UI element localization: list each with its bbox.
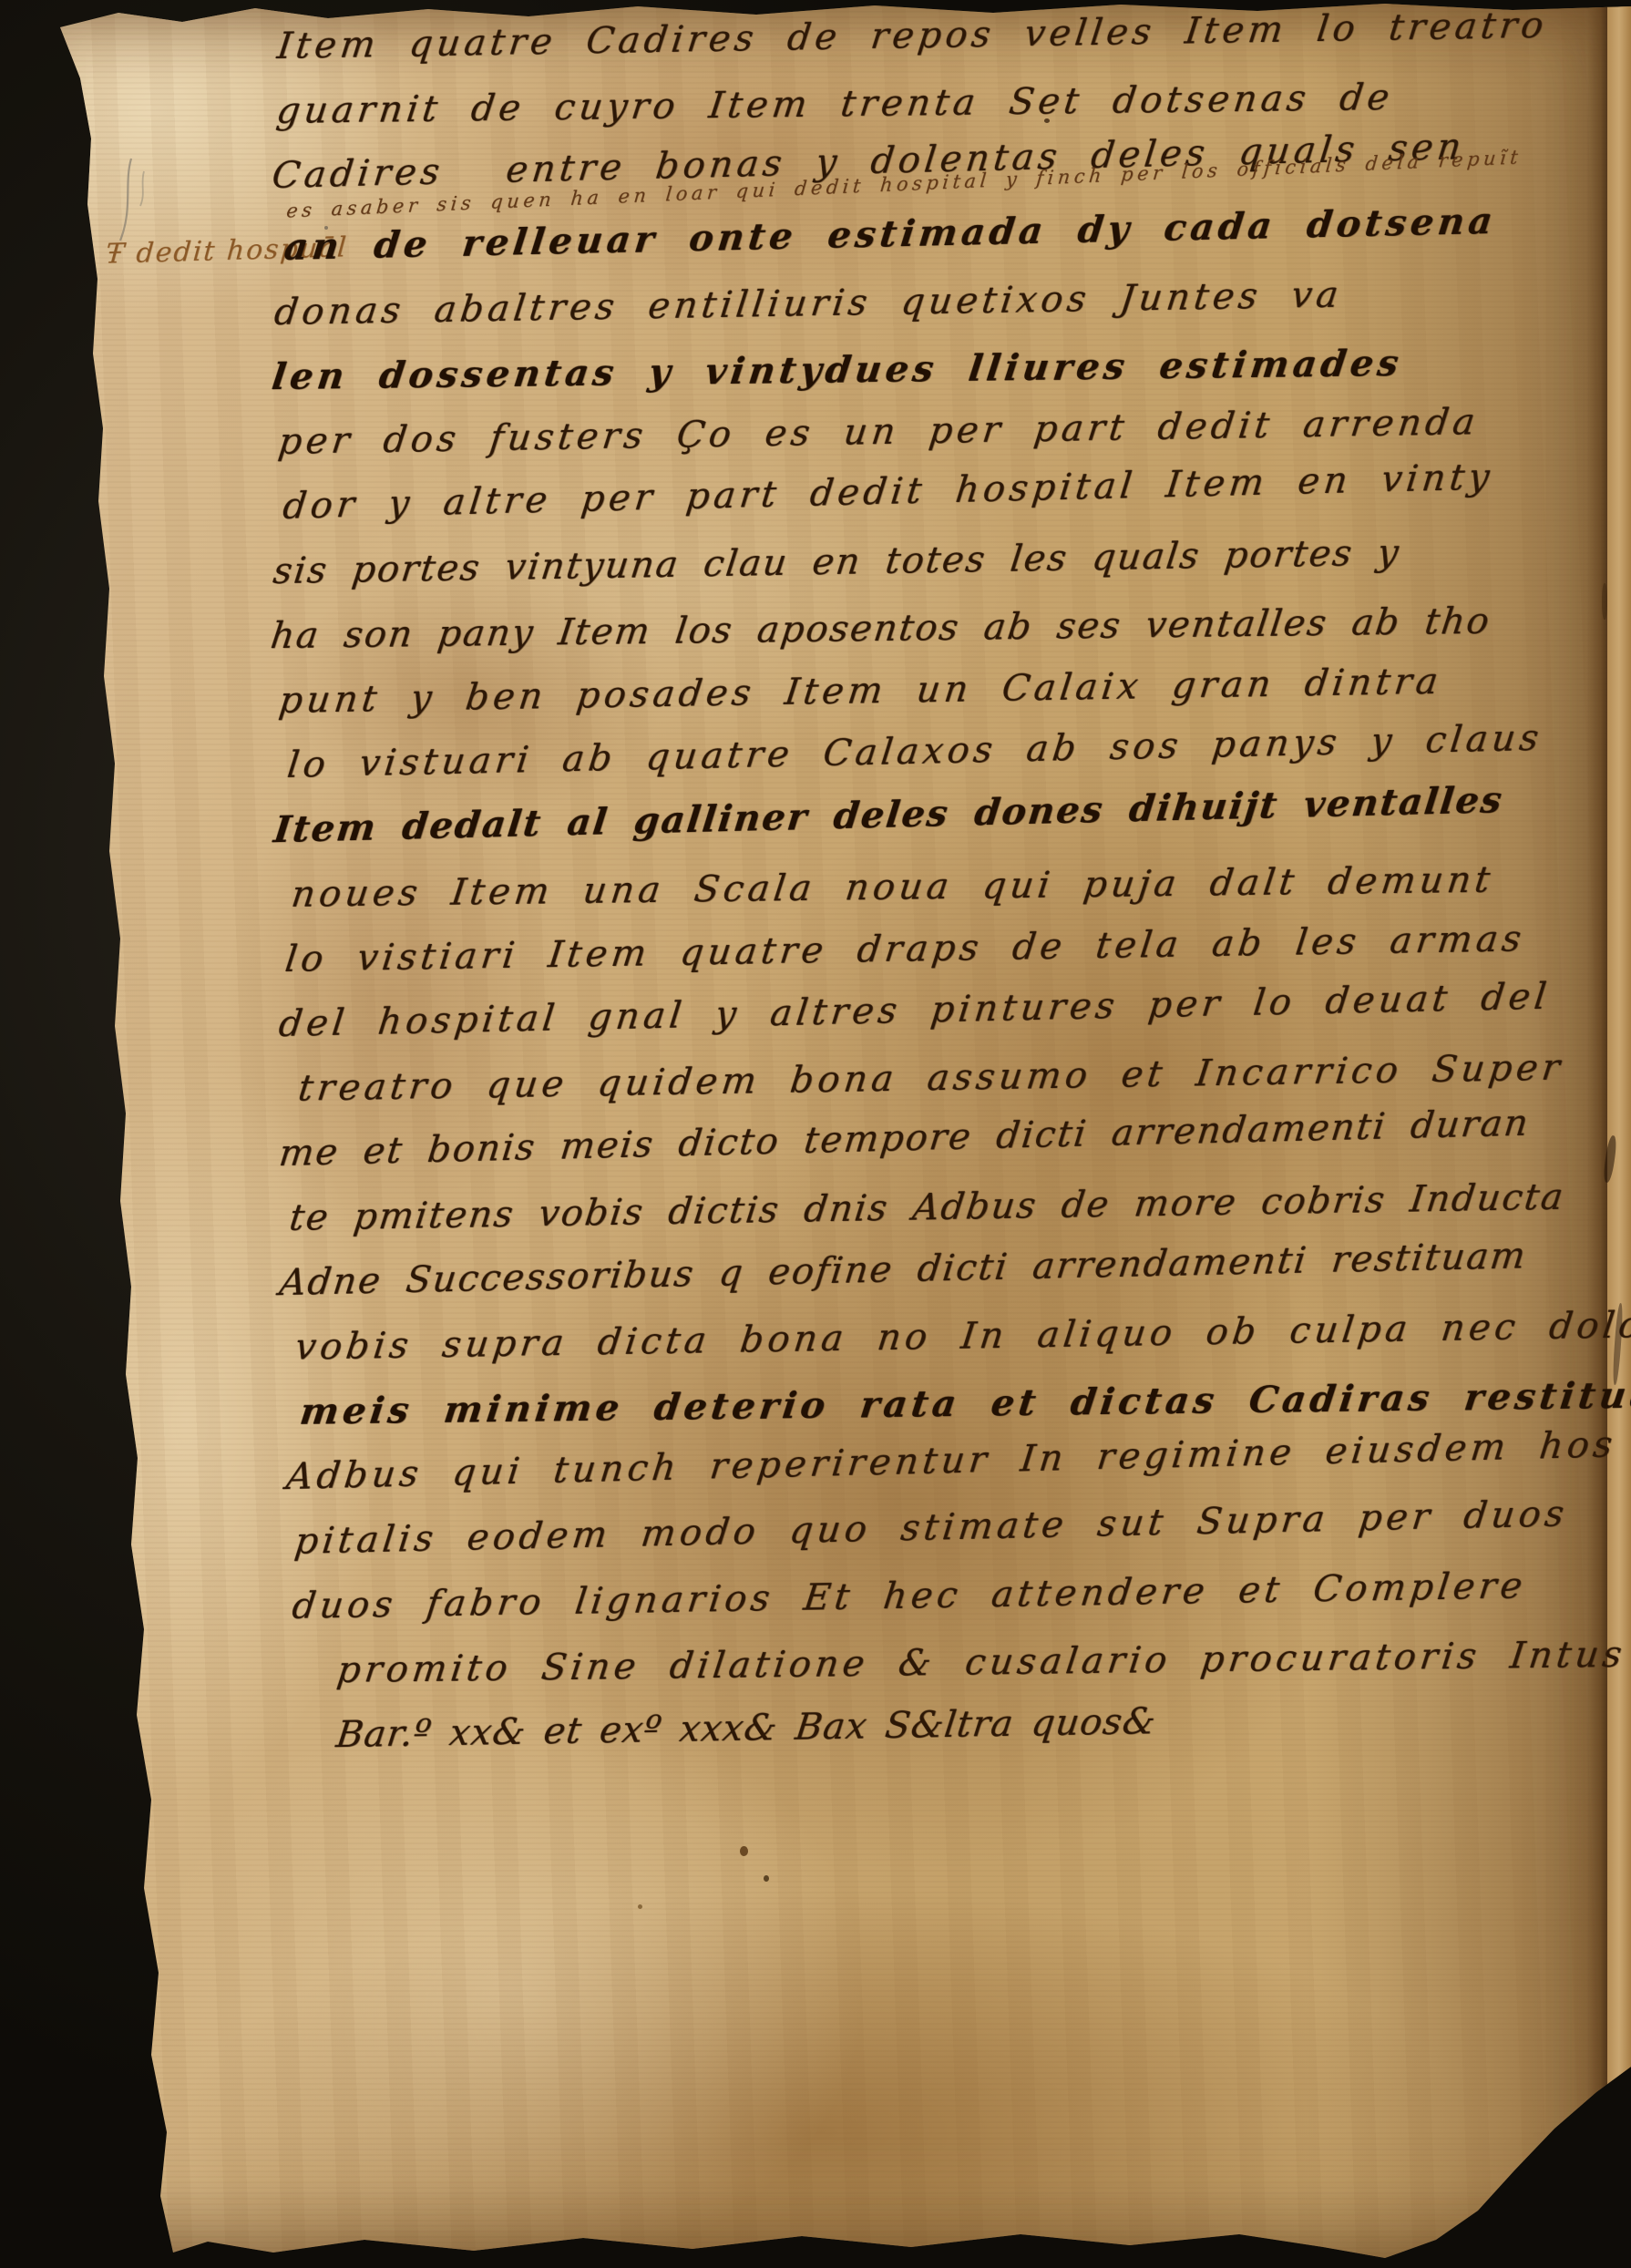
next-page-sliver [1607, 0, 1631, 2255]
manuscript-line: punt y ben posades Item un Calaix gran d… [277, 661, 1444, 722]
book-photograph: Ŧ dedit hospuāl Item quatre Cadires de r… [0, 0, 1631, 2268]
manuscript-line: lo vistuari ab quatre Calaxos ab sos pan… [285, 717, 1545, 786]
manuscript-line: Adbus qui tunch reperirentur In regimine… [284, 1423, 1619, 1498]
manuscript-line: Item quatre Cadires de repos velles Item… [275, 5, 1550, 67]
manuscript-line: pitalis eodem modo quo stimate sut Supra… [292, 1493, 1570, 1563]
ink-bleed-mark [1602, 583, 1607, 620]
manuscript-line: guarnit de cuyro Item trenta Set dotsena… [274, 77, 1396, 132]
manuscript-line: duos fabro lignarios Et hec attendere et… [290, 1565, 1529, 1627]
manuscript-line: lo vistiari Item quatre draps de tela ab… [282, 918, 1527, 980]
manuscript-line: me et bonis meis dicto tempore dicti arr… [277, 1102, 1532, 1175]
manuscript-line: Bar.º xx& et exº xxx& Bax S&ltra quos& [333, 1700, 1158, 1756]
manuscript-line: donas abaltres entilliuris quetixos Junt… [272, 273, 1345, 334]
manuscript-line: meis minime deterio rata et dictas Cadir… [298, 1374, 1631, 1433]
manuscript-page: Ŧ dedit hospuāl Item quatre Cadires de r… [0, 0, 1631, 2268]
manuscript-line: len dossentas y vintydues lliures estima… [270, 343, 1405, 398]
manuscript-line: promito Sine dilatione & cusalario procu… [334, 1634, 1628, 1691]
ink-speck [764, 1875, 769, 1882]
manuscript-line: Adne Successoribus q eofine dicti arrend… [277, 1235, 1529, 1304]
manuscript-line: te pmitens vobis dictis dnis Adbus de mo… [287, 1176, 1567, 1239]
text-block: Item quatre Cadires de repos velles Item… [267, 4, 1599, 1811]
manuscript-line: Item dedalt al galliner deles dones dihu… [272, 779, 1505, 851]
manuscript-line: ha son pany Item los aposentos ab ses ve… [268, 600, 1493, 657]
manuscript-line: vobis supra dicta bona no In aliquo ob c… [292, 1304, 1631, 1369]
manuscript-line: noues Item una Scala noua qui puja dalt … [289, 859, 1496, 916]
ink-speck [1044, 118, 1050, 123]
ink-speck [638, 1904, 642, 1909]
manuscript-line: treatro que quidem bona assumo et Incarr… [296, 1047, 1566, 1110]
manuscript-line: dor y altre per part dedit hospital Item… [281, 456, 1495, 528]
ink-speck [740, 1846, 748, 1856]
manuscript-line: del hospital gnal y altres pintures per … [277, 975, 1553, 1045]
ink-speck [324, 226, 328, 230]
manuscript-line: per dos fusters Ço es un per part dedit … [276, 401, 1482, 463]
manuscript-line: sis portes vintyuna clau en totes les qu… [271, 531, 1402, 592]
